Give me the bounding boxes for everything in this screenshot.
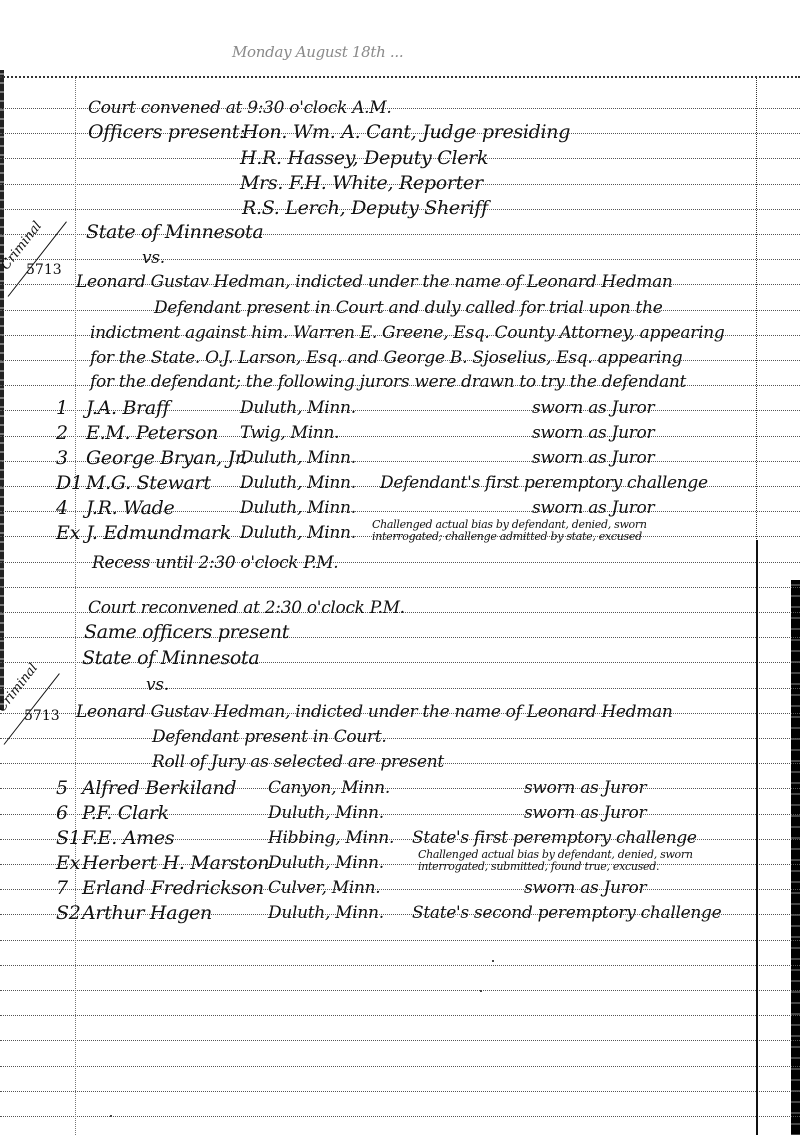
ruled-line: [0, 1116, 800, 1117]
case-state: State of Minnesota: [86, 222, 263, 242]
ruled-line: [0, 1040, 800, 1041]
ruled-line: [0, 940, 800, 941]
juror-mark: 3: [56, 448, 68, 468]
ruled-line: [0, 688, 800, 689]
juror-residence: Duluth, Minn.: [268, 853, 384, 873]
juror-residence: Duluth, Minn.: [240, 473, 356, 493]
juror-mark: Ex: [56, 853, 80, 873]
juror-residence: Culver, Minn.: [268, 878, 380, 898]
juror-residence: Duluth, Minn.: [240, 498, 356, 518]
juror-disposition: Defendant's first peremptory challenge: [380, 473, 708, 493]
juror-mark: 7: [56, 878, 68, 898]
ruled-line: [0, 965, 800, 966]
narrative-line-4: for the defendant; the following jurors …: [90, 372, 686, 392]
juror-name: M.G. Stewart: [86, 473, 211, 493]
officer-reporter: Mrs. F.H. White, Reporter: [240, 173, 483, 193]
scan-speck: [480, 990, 482, 992]
ruled-line: [0, 990, 800, 991]
juror-mark: D1: [56, 473, 83, 493]
juror-disposition: sworn as Juror: [532, 448, 654, 468]
scan-edge-left: [0, 70, 4, 710]
juror-name: Erland Fredrickson: [82, 878, 264, 898]
juror-residence: Duluth, Minn.: [240, 448, 356, 468]
left-margin-rule: [75, 78, 76, 1135]
juror-residence: Canyon, Minn.: [268, 778, 390, 798]
juror-disposition: State's second peremptory challenge: [412, 903, 721, 923]
juror-mark: 6: [56, 803, 68, 823]
juror-mark: S2: [56, 903, 81, 923]
afternoon-case-state: State of Minnesota: [82, 648, 259, 668]
juror-name: J.A. Braff: [86, 398, 169, 418]
margin-note-number: 5713: [26, 262, 62, 278]
juror-residence: Twig, Minn.: [240, 423, 339, 443]
juror-residence: Duluth, Minn.: [240, 398, 356, 418]
officer-sheriff: R.S. Lerch, Deputy Sheriff: [242, 198, 488, 218]
officers-label: Officers present:: [88, 122, 245, 142]
juror-residence: Duluth, Minn.: [268, 903, 384, 923]
juror-disposition: interrogated, submitted, found true, exc…: [418, 861, 659, 873]
page-header-date: Monday August 18th ...: [232, 42, 403, 62]
juror-residence: Duluth, Minn.: [240, 523, 356, 543]
juror-disposition: interrogated; challenge admitted by stat…: [372, 531, 642, 543]
juror-mark: S1: [56, 828, 81, 848]
ruled-line: [0, 259, 800, 260]
juror-mark: 1: [56, 398, 68, 418]
juror-disposition: sworn as Juror: [524, 878, 646, 898]
juror-name: F.E. Ames: [82, 828, 174, 848]
juror-disposition: sworn as Juror: [524, 803, 646, 823]
juror-name: George Bryan, Jr.: [86, 448, 247, 468]
afternoon-case-vs: vs.: [146, 675, 169, 695]
ruled-line: [0, 1066, 800, 1067]
ruled-line: [0, 738, 800, 739]
juror-name: Herbert H. Marston: [82, 853, 269, 873]
juror-name: Alfred Berkiland: [82, 778, 236, 798]
case-vs: vs.: [142, 248, 165, 268]
juror-disposition: sworn as Juror: [532, 498, 654, 518]
juror-residence: Duluth, Minn.: [268, 803, 384, 823]
juror-mark: Ex: [56, 523, 80, 543]
juror-name: J. Edmundmark: [86, 523, 231, 543]
right-margin-rule-solid: [756, 540, 758, 1135]
officer-clerk: H.R. Hassey, Deputy Clerk: [240, 148, 488, 168]
afternoon-case-defendant: Leonard Gustav Hedman, indicted under th…: [76, 702, 673, 722]
juror-name: P.F. Clark: [82, 803, 169, 823]
juror-disposition: sworn as Juror: [532, 423, 654, 443]
juror-residence: Hibbing, Minn.: [268, 828, 394, 848]
narrative-line-3: for the State. O.J. Larson, Esq. and Geo…: [90, 348, 682, 368]
narrative-line-2: indictment against him. Warren E. Greene…: [90, 323, 724, 343]
ledger-page: Monday August 18th ... Court convened at…: [0, 0, 800, 1135]
juror-name: E.M. Peterson: [86, 423, 218, 443]
juror-disposition: sworn as Juror: [524, 778, 646, 798]
juror-disposition: sworn as Juror: [532, 398, 654, 418]
afternoon-officers: Same officers present: [84, 622, 289, 642]
scan-speck: [110, 1115, 112, 1117]
scan-edge-right: [791, 580, 800, 1135]
narrative-line-1: Defendant present in Court and duly call…: [154, 298, 663, 318]
juror-name: Arthur Hagen: [82, 903, 212, 923]
juror-mark: 5: [56, 778, 68, 798]
juror-mark: 2: [56, 423, 68, 443]
scan-speck: [492, 960, 494, 962]
case-defendant: Leonard Gustav Hedman, indicted under th…: [76, 272, 673, 292]
ruled-line: [0, 587, 800, 588]
juror-name: J.R. Wade: [86, 498, 174, 518]
afternoon-narrative-2: Roll of Jury as selected are present: [152, 752, 444, 772]
officer-judge: Hon. Wm. A. Cant, Judge presiding: [242, 122, 570, 142]
morning-convened: Court convened at 9:30 o'clock A.M.: [88, 98, 392, 118]
afternoon-convened: Court reconvened at 2:30 o'clock P.M.: [88, 598, 405, 618]
ruled-line: [0, 1091, 800, 1092]
ruled-line: [0, 76, 800, 78]
recess-line: Recess until 2:30 o'clock P.M.: [92, 553, 338, 573]
juror-mark: 4: [56, 498, 68, 518]
ruled-line: [0, 1015, 800, 1016]
margin-note-number: 5713: [24, 708, 60, 724]
afternoon-narrative-1: Defendant present in Court.: [152, 727, 386, 747]
juror-disposition: State's first peremptory challenge: [412, 828, 697, 848]
